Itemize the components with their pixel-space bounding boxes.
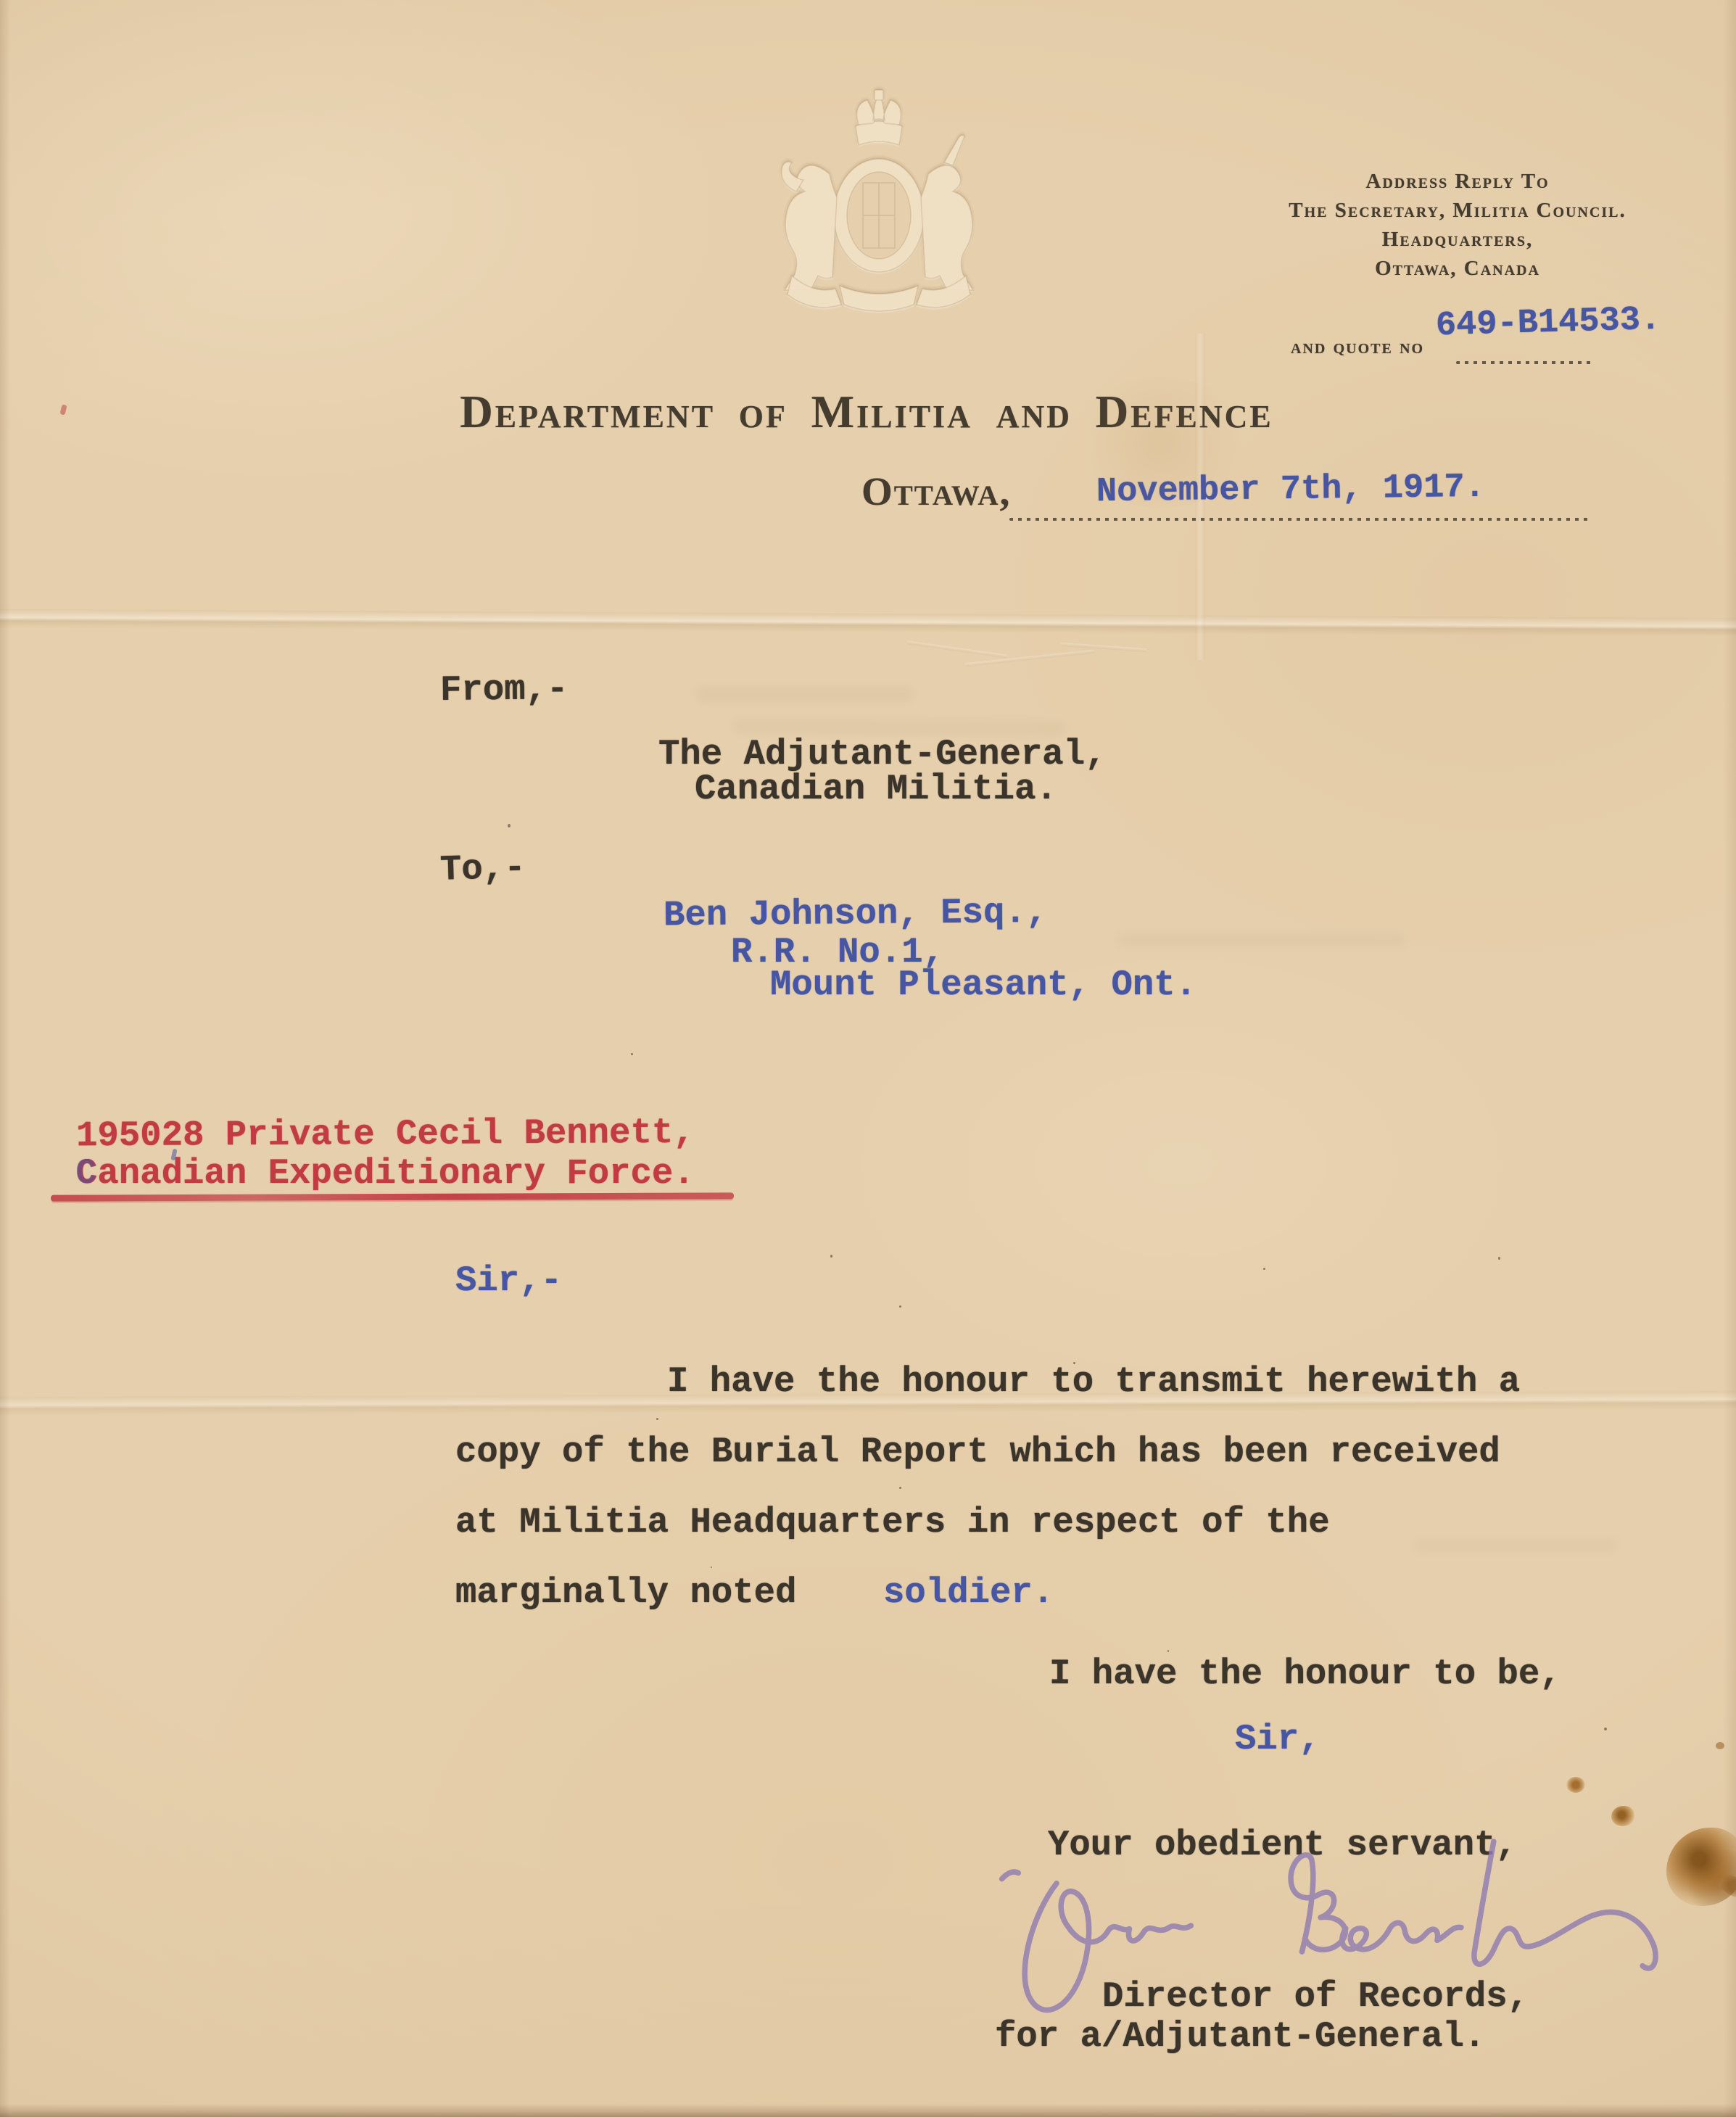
bleedthrough-smudge — [1414, 1539, 1617, 1552]
dust-speck — [1263, 1268, 1265, 1270]
dust-speck — [1604, 1728, 1607, 1730]
red-ink-fleck — [59, 404, 67, 415]
body-line-2: copy of the Burial Report which has been… — [455, 1433, 1500, 1471]
to-label: To,- — [439, 849, 526, 888]
bleedthrough-smudge — [696, 686, 914, 702]
to-line-1: Ben Johnson, Esq., — [664, 894, 1048, 935]
body-line-4-soldier-word: soldier. — [883, 1574, 1054, 1612]
dust-speck — [1498, 1257, 1500, 1260]
reply-line-2: The Secretary, Militia Council. — [1225, 196, 1690, 225]
scanned-letter-page: Address Reply To The Secretary, Militia … — [0, 0, 1736, 2117]
dateline-dotted-rule — [1009, 518, 1590, 521]
reply-line-1: Address Reply To — [1225, 167, 1690, 196]
department-title: Department of Militia and Defence — [455, 386, 1278, 439]
letter-date: November 7th, 1917. — [1096, 469, 1485, 512]
rust-stain — [1566, 1777, 1585, 1793]
from-line-1: The Adjutant-General, — [658, 735, 1107, 773]
page-bottom-edge-shadow — [0, 2104, 1736, 2117]
reply-line-4: Ottawa, Canada — [1225, 254, 1690, 283]
marginal-note-underline — [51, 1192, 734, 1201]
to-line-3: Mount Pleasant, Ont. — [770, 966, 1196, 1004]
marginal-note-line-2: Canadian Expeditionary Force. — [76, 1155, 695, 1192]
wrinkle-mark — [964, 650, 1095, 667]
dust-speck — [1167, 1650, 1169, 1652]
signoff-title-2: for a/Adjutant-General. — [995, 2018, 1485, 2055]
quote-dotted-rule — [1456, 361, 1592, 364]
closing-line-1: I have the honour to be, — [1049, 1655, 1561, 1693]
fold-crease-upper — [0, 609, 1736, 637]
royal-coat-of-arms-embossed-icon — [754, 81, 1004, 321]
closing-line-2: Sir, — [1235, 1720, 1320, 1758]
from-label: From,- — [440, 670, 569, 709]
file-quote-number: 649-B14533. — [1435, 302, 1661, 346]
wrinkle-mark — [1060, 643, 1147, 652]
blue-overtype-letter: C — [75, 1155, 96, 1192]
reply-line-3: Headquarters, — [1225, 225, 1690, 254]
body-line-3: at Militia Headquarters in respect of th… — [455, 1503, 1330, 1541]
dust-speck — [631, 1053, 633, 1055]
bleedthrough-smudge — [1117, 933, 1407, 947]
dust-speck — [899, 1487, 901, 1489]
dust-speck — [508, 824, 511, 828]
dateline-place: Ottawa, — [861, 469, 1011, 514]
dust-speck — [656, 1418, 658, 1420]
salutation: Sir,- — [455, 1262, 562, 1300]
from-line-2: Canadian Militia. — [695, 770, 1057, 808]
dust-speck — [830, 1255, 832, 1258]
dust-speck — [711, 1567, 712, 1568]
marginal-note-line-1: 195028 Private Cecil Bennett, — [76, 1114, 695, 1155]
dust-speck — [899, 1305, 901, 1308]
page-right-edge-shadow — [1723, 0, 1736, 2117]
page-left-edge-shadow — [0, 0, 10, 2117]
quote-number-label: and quote no — [1291, 335, 1424, 359]
signoff-title-1: Director of Records, — [1102, 1978, 1529, 2015]
body-line-1: I have the honour to transmit herewith a — [667, 1363, 1520, 1400]
reply-address-block: Address Reply To The Secretary, Militia … — [1225, 167, 1690, 283]
wrinkle-mark — [906, 640, 1007, 658]
body-line-4: marginally noted — [455, 1574, 796, 1612]
